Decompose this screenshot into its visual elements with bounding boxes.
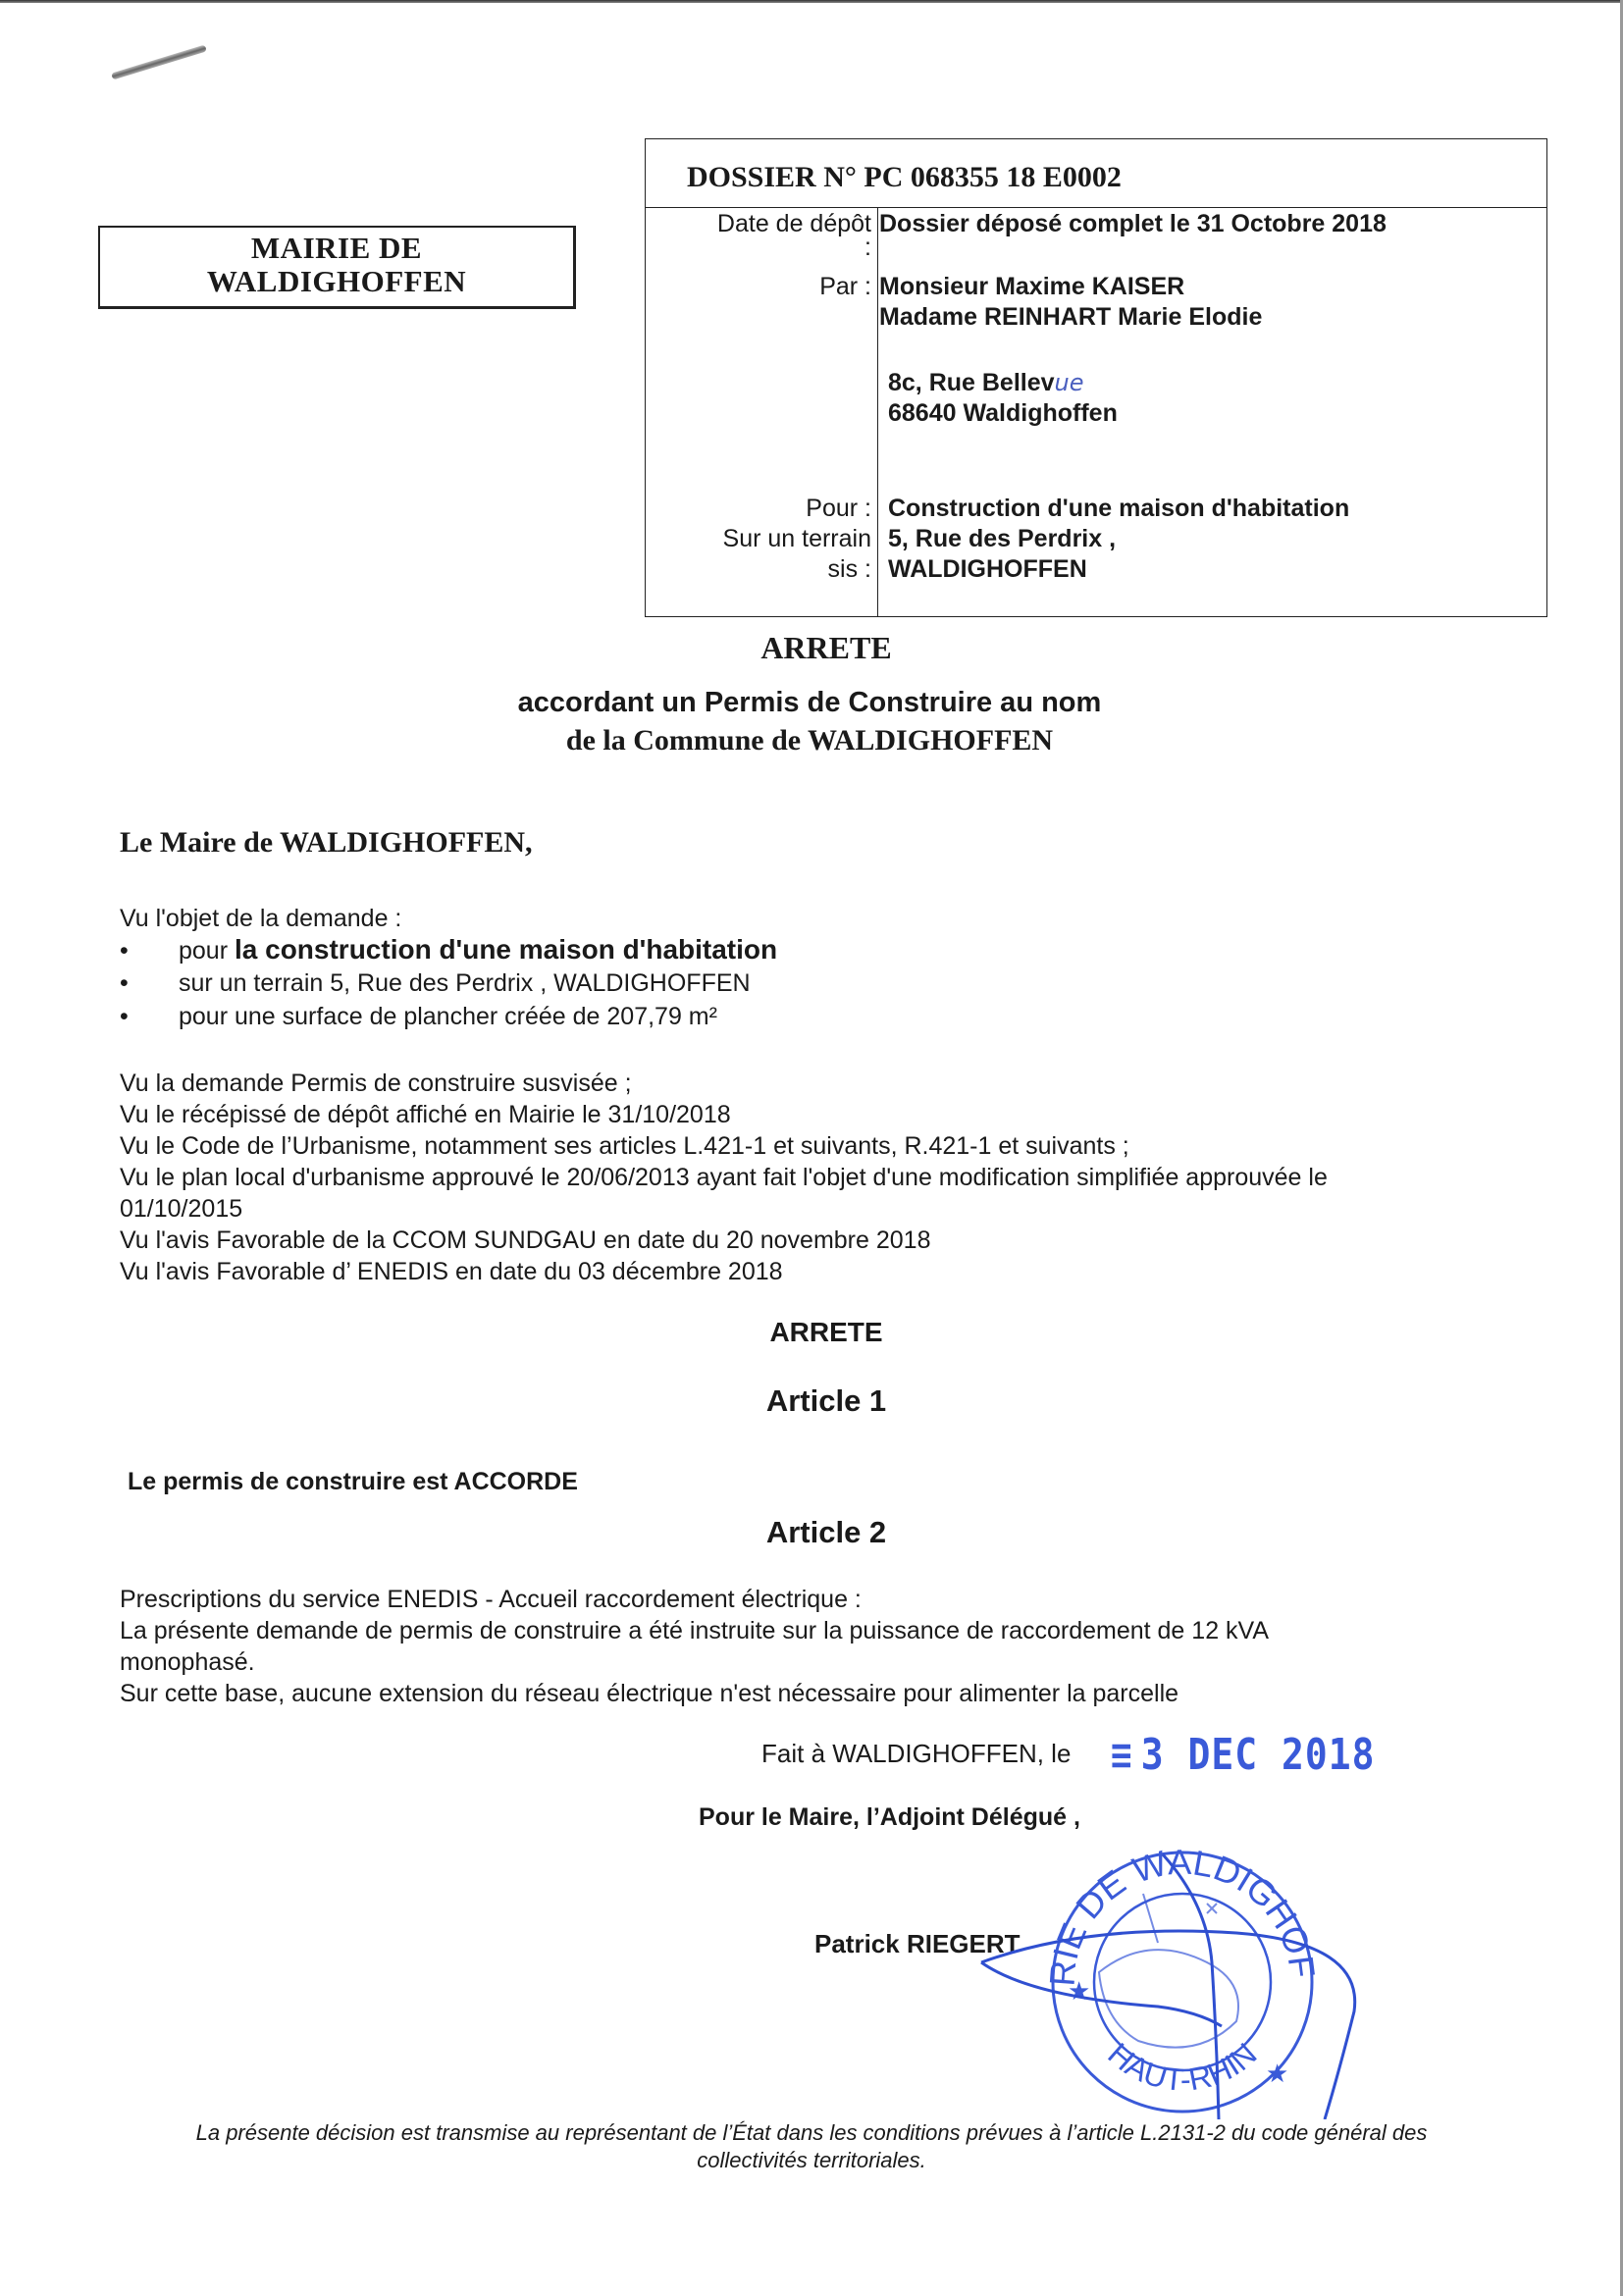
terrain-value: 5, Rue des Perdrix , bbox=[888, 525, 1116, 553]
seal-bottom-text: HAUT-RHIN bbox=[1101, 2036, 1263, 2098]
arrete-subtitle-2: de la Commune de WALDIGHOFFEN bbox=[393, 724, 1227, 757]
dossier-divider bbox=[646, 207, 1546, 208]
dossier-column-divider bbox=[877, 207, 878, 616]
objet-bullets: •pour la construction d'une maison d'hab… bbox=[120, 934, 777, 1034]
stamp-mark: ≡ bbox=[1111, 1733, 1133, 1779]
footer-line-1: La présente décision est transmise au re… bbox=[59, 2119, 1564, 2147]
staple-mark bbox=[111, 45, 207, 80]
article-2-line: monophasé. bbox=[120, 1646, 1269, 1678]
date-depot-colon: : bbox=[864, 234, 871, 262]
applicant-2: Madame REINHART Marie Elodie bbox=[879, 303, 1262, 332]
legal-footer: La présente décision est transmise au re… bbox=[59, 2119, 1564, 2174]
bullet-item: •pour la construction d'une maison d'hab… bbox=[120, 934, 777, 967]
dossier-number: DOSSIER N° PC 068355 18 E0002 bbox=[687, 161, 1122, 194]
star-icon: ★ bbox=[1266, 2060, 1288, 2089]
maire-heading: Le Maire de WALDIGHOFFEN, bbox=[120, 826, 533, 860]
article-1-text: Le permis de construire est ACCORDE bbox=[128, 1468, 578, 1496]
par-label: Par : bbox=[819, 273, 871, 301]
star-icon: ★ bbox=[1068, 1977, 1090, 2007]
date-depot-value: Dossier déposé complet le 31 Octobre 201… bbox=[879, 210, 1387, 238]
vu-objet: Vu l'objet de la demande : bbox=[120, 903, 401, 934]
article-2-text: Prescriptions du service ENEDIS - Accuei… bbox=[120, 1584, 1269, 1709]
applicant-1: Monsieur Maxime KAISER bbox=[879, 273, 1184, 301]
terrain-label: Sur un terrain bbox=[723, 525, 871, 553]
pour-label: Pour : bbox=[806, 495, 871, 523]
article-2-title: Article 2 bbox=[645, 1515, 1008, 1550]
visa-line: Vu le Code de l’Urbanisme, notamment ses… bbox=[120, 1130, 1328, 1162]
footer-line-2: collectivités territoriales. bbox=[59, 2147, 1564, 2174]
scan-edge-top bbox=[0, 0, 1623, 3]
mairie-line-1: MAIRIE DE bbox=[100, 232, 573, 265]
street-typed: 8c, Rue Bellev bbox=[888, 369, 1055, 396]
arrete-title: ARRETE bbox=[645, 630, 1008, 666]
mairie-header-box: MAIRIE DE WALDIGHOFFEN bbox=[98, 226, 576, 309]
official-seal: MAIRIE DE WALDIGHOFFEN HAUT-RHIN ★ ★ bbox=[971, 1825, 1384, 2119]
date-stamp: ≡3 DEC 2018 bbox=[1111, 1733, 1375, 1776]
bullet-bold: la construction d'une maison d'habitatio… bbox=[235, 934, 777, 965]
pour-value: Construction d'une maison d'habitation bbox=[888, 495, 1349, 523]
dossier-box: DOSSIER N° PC 068355 18 E0002 Date de dé… bbox=[645, 138, 1547, 617]
bullet-item: •pour une surface de plancher créée de 2… bbox=[120, 1001, 777, 1034]
mairie-line-2: WALDIGHOFFEN bbox=[100, 265, 573, 298]
arrete-heading: ARRETE bbox=[645, 1317, 1008, 1348]
arrete-subtitle-1: accordant un Permis de Construire au nom bbox=[393, 687, 1227, 719]
terrain-commune: WALDIGHOFFEN bbox=[888, 555, 1087, 584]
visa-line: Vu l'avis Favorable de la CCOM SUNDGAU e… bbox=[120, 1225, 1328, 1256]
visas-list: Vu la demande Permis de construire susvi… bbox=[120, 1068, 1328, 1287]
sis-label: sis : bbox=[828, 555, 871, 584]
article-1-title: Article 1 bbox=[645, 1383, 1008, 1419]
article-2-line: Sur cette base, aucune extension du rése… bbox=[120, 1678, 1269, 1709]
street-handwritten-correction: ue bbox=[1055, 369, 1084, 396]
bullet-item: •sur un terrain 5, Rue des Perdrix , WAL… bbox=[120, 967, 777, 1001]
fait-a: Fait à WALDIGHOFFEN, le bbox=[761, 1739, 1071, 1769]
visa-line: Vu le plan local d'urbanisme approuvé le… bbox=[120, 1162, 1328, 1193]
visa-line: Vu l'avis Favorable d’ ENEDIS en date du… bbox=[120, 1256, 1328, 1287]
article-2-line: Prescriptions du service ENEDIS - Accuei… bbox=[120, 1584, 1269, 1615]
applicant-city: 68640 Waldighoffen bbox=[888, 399, 1118, 428]
applicant-street: 8c, Rue Bellevue bbox=[888, 369, 1084, 397]
stamp-date-text: 3 DEC 2018 bbox=[1141, 1730, 1376, 1780]
visa-line: 01/10/2015 bbox=[120, 1193, 1328, 1225]
date-depot-label: Date de dépôt bbox=[717, 210, 871, 238]
article-2-line: La présente demande de permis de constru… bbox=[120, 1615, 1269, 1646]
visa-line: Vu la demande Permis de construire susvi… bbox=[120, 1068, 1328, 1099]
visa-line: Vu le récépissé de dépôt affiché en Mair… bbox=[120, 1099, 1328, 1130]
